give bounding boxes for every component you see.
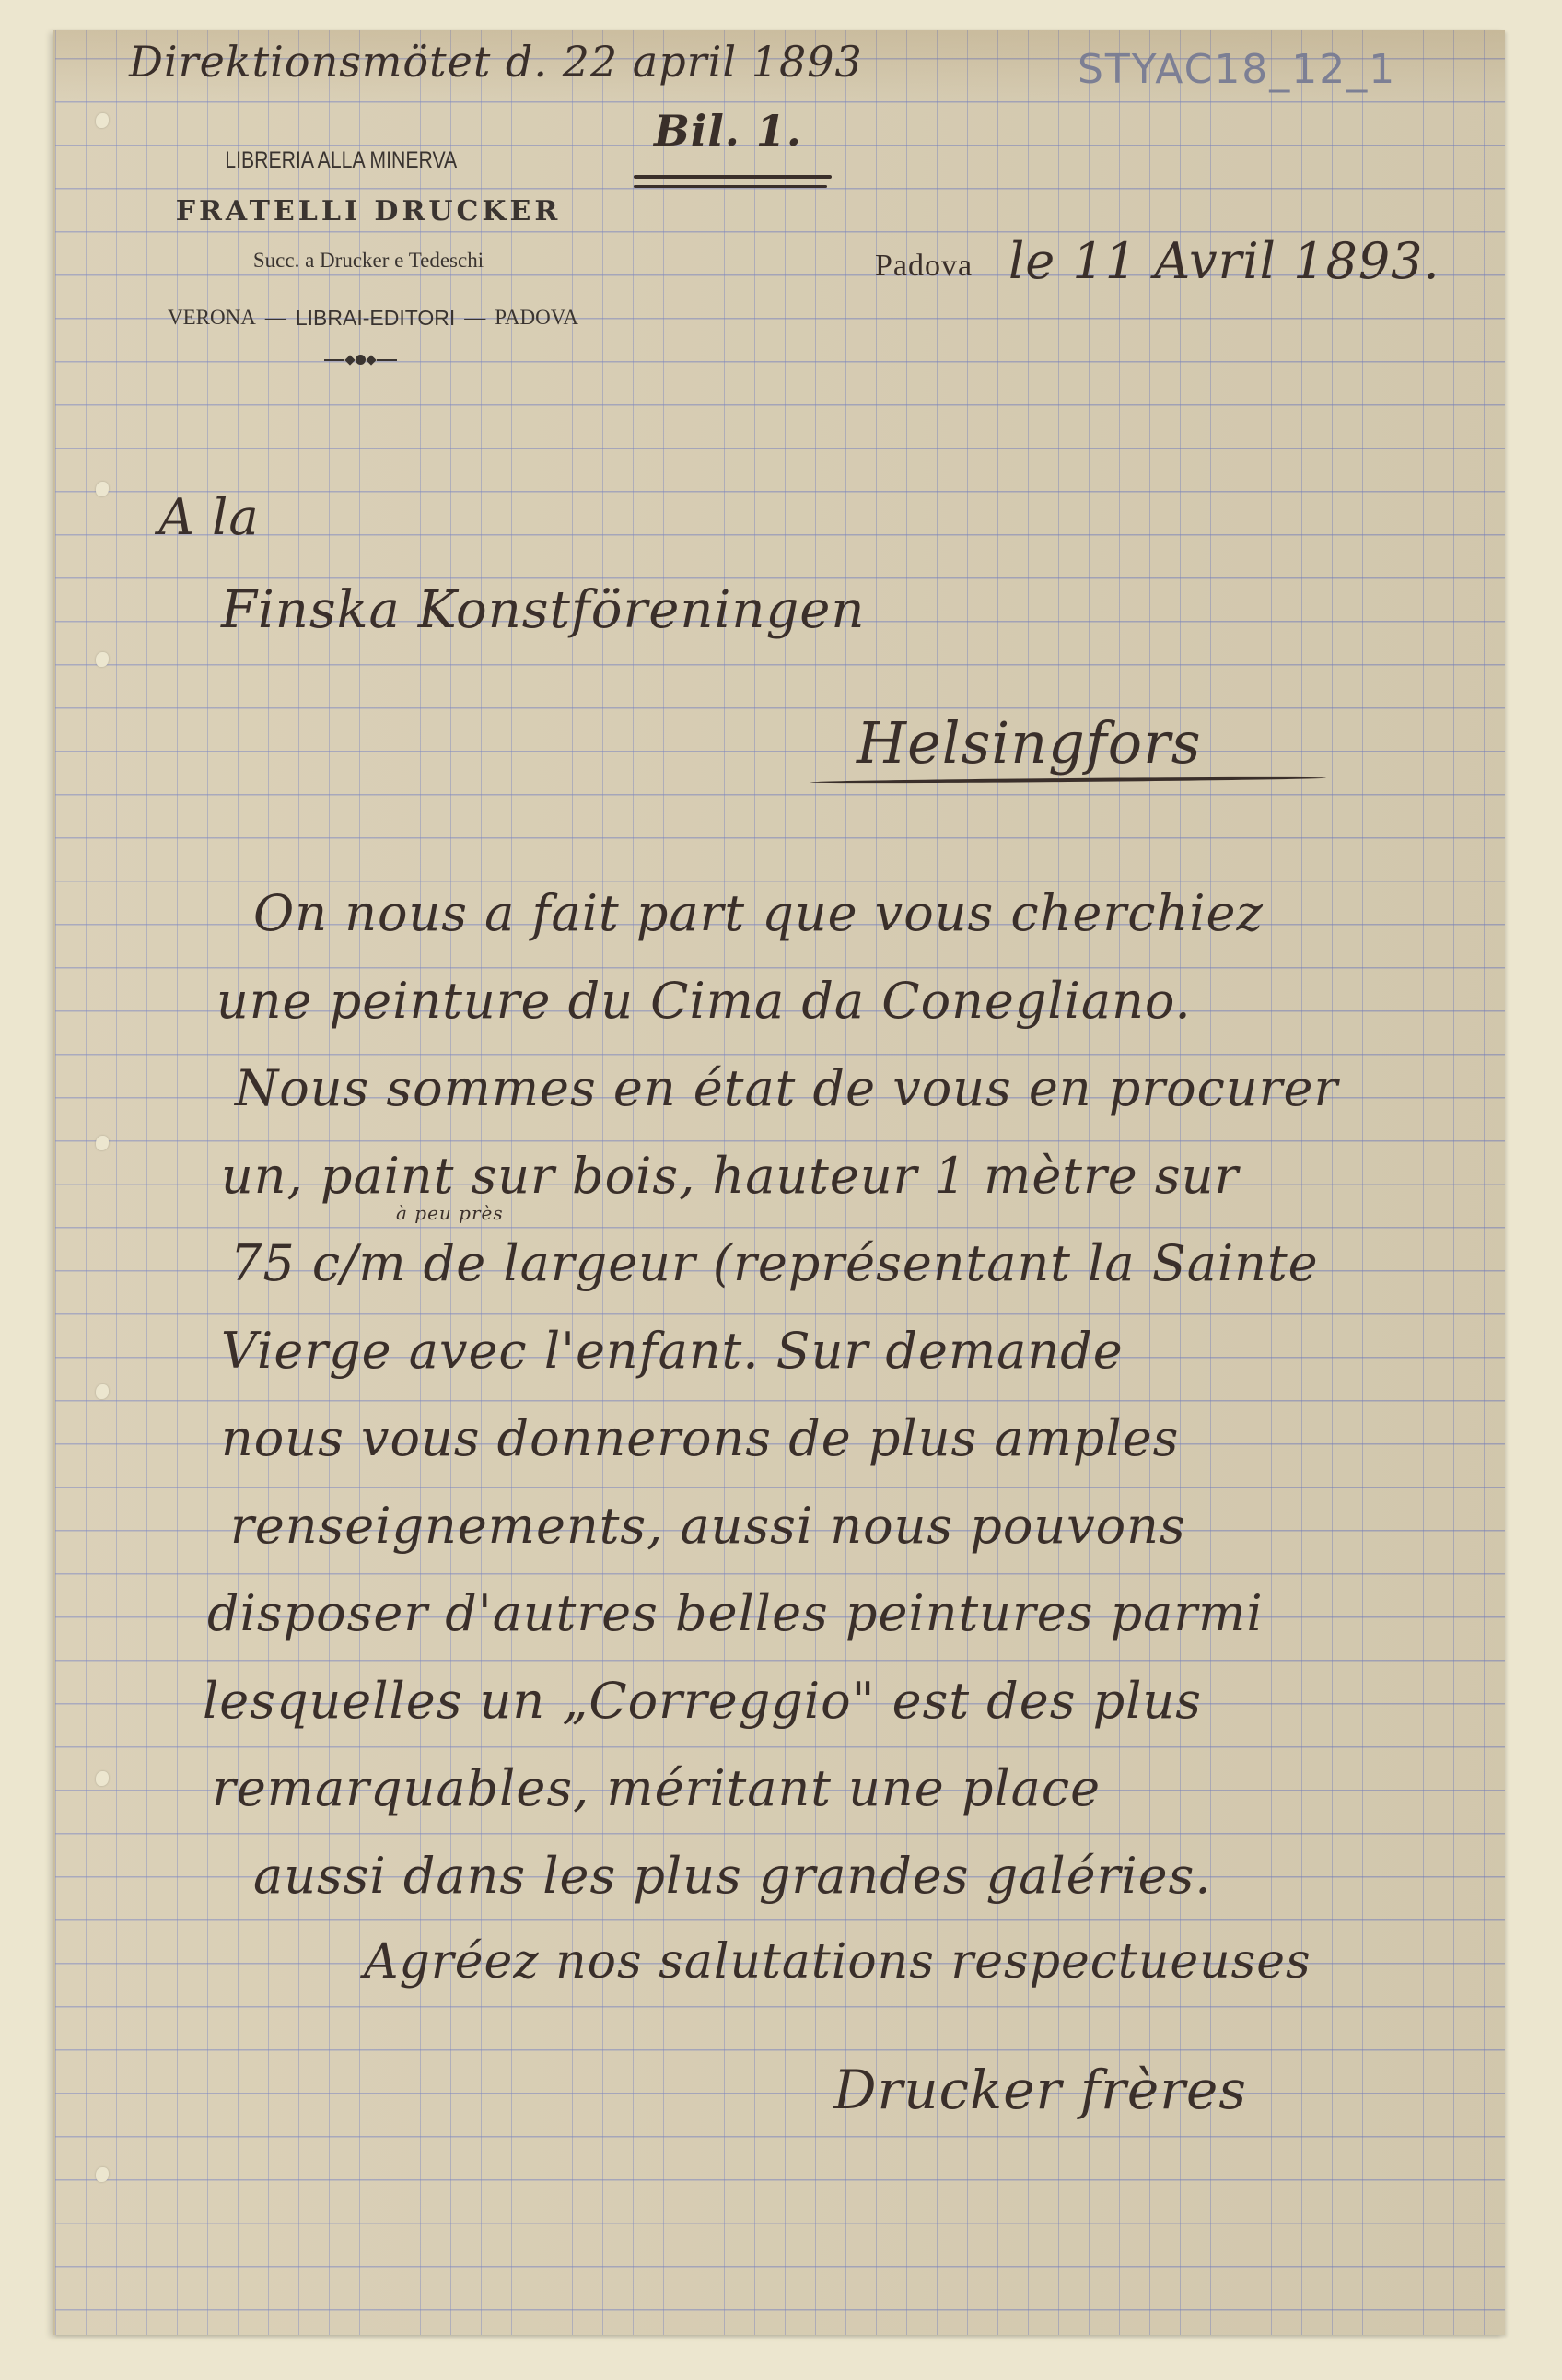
interlinear-insert: à peu près — [396, 1202, 504, 1224]
ornament-divider-icon — [324, 355, 397, 365]
letterhead-padova: PADOVA — [495, 306, 578, 331]
body-line: On nous a fait part que vous cherchiez — [253, 884, 1264, 942]
body-line: aussi dans les plus grandes galéries. — [253, 1847, 1212, 1905]
signature: Drucker frères — [833, 2059, 1247, 2121]
recipient-salutation: A la — [158, 488, 260, 546]
punch-hole — [96, 1136, 109, 1150]
body-line: 75 c/m de largeur (représentant la Saint… — [230, 1234, 1319, 1292]
punch-hole — [96, 2167, 109, 2182]
letterhead-dash: — — [265, 306, 286, 331]
body-line: disposer d'autres belles peintures parmi — [207, 1584, 1264, 1642]
body-line: une peinture du Cima da Conegliano. — [216, 972, 1192, 1030]
body-line: nous vous donnerons de plus amples — [221, 1409, 1179, 1467]
letterhead-locations: VERONA — LIBRAI-EDITORI — PADOVA — [124, 306, 622, 331]
punch-hole — [96, 113, 109, 128]
letterhead-verona: VERONA — [168, 306, 256, 331]
attachment-underline — [634, 175, 832, 179]
punch-hole — [96, 652, 109, 667]
body-line: un, paint sur bois, hauteur 1 mètre sur — [221, 1147, 1239, 1205]
body-line: remarquables, méritant une place — [212, 1759, 1101, 1817]
letterhead-libreria: LIBRERIA ALLA MINERVA — [212, 147, 471, 174]
recipient-name: Finska Konstföreningen — [221, 580, 866, 640]
punch-hole — [96, 1771, 109, 1786]
meeting-note: Direktionsmötet d. 22 april 1893 — [129, 37, 863, 87]
letterhead-dash: — — [464, 306, 485, 331]
letterhead-fratelli-drucker: FRATELLI DRUCKER — [147, 195, 589, 227]
letterhead-successor: Succ. a Drucker e Tedeschi — [184, 249, 553, 273]
body-line: Vierge avec l'enfant. Sur demande — [221, 1322, 1124, 1380]
body-line: lesquelles un „Correggio" est des plus — [203, 1672, 1202, 1730]
body-line: renseignements, aussi nous pouvons — [230, 1497, 1186, 1555]
punch-hole — [96, 482, 109, 496]
recipient-city: Helsingfors — [857, 709, 1202, 776]
attachment-label: Bil. 1. — [654, 106, 802, 156]
archive-id: STYAC18_12_1 — [1078, 46, 1396, 93]
closing: Agréez nos salutations respectueuses — [364, 1934, 1311, 1989]
punch-hole — [96, 1384, 109, 1399]
letterhead-librai-editori: LIBRAI-EDITORI — [296, 306, 455, 331]
dateline-date: le 11 Avril 1893. — [1008, 232, 1440, 290]
dateline-place: Padova — [875, 249, 973, 284]
attachment-underline — [634, 185, 827, 188]
body-line: Nous sommes en état de vous en procurer — [235, 1059, 1338, 1117]
